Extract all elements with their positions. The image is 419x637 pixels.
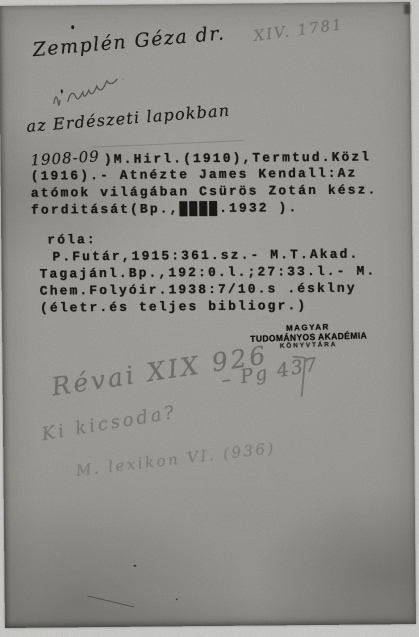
- scanned-page: Zemplén Géza dr. XIV. 1781 az Erdészeti …: [0, 0, 419, 637]
- typed-line: forditását(Bp.,████.1932 ).: [31, 198, 378, 218]
- pencil-underline: [92, 140, 244, 148]
- pencil-bracket: [289, 356, 307, 397]
- paper-speck: [71, 25, 74, 29]
- typed-bibliography-block: 1908-09)M.Hirl.(1910),Termtud.Közl (1916…: [30, 146, 377, 218]
- paper-speck: [133, 565, 136, 567]
- typed-references-block: róla: P.Futár,1915:361.sz.- M.T.Akad. Ta…: [39, 228, 376, 316]
- pencil-shelfmark: XIV. 1781: [252, 15, 344, 45]
- library-stamp: MAGYAR TUDOMÁNYOS AKADÉMIA KÖNYVTÁRA: [250, 321, 367, 351]
- handwritten-name-header: Zemplén Géza dr.: [32, 22, 226, 61]
- paper-scratch: [87, 595, 134, 607]
- pencil-lexikon-ref: M. lexikon VI. (936): [75, 439, 277, 480]
- pencil-ki-kicsoda: Ki kicsoda?: [40, 402, 178, 445]
- paper-speck: [61, 89, 63, 93]
- catalog-card: Zemplén Géza dr. XIV. 1781 az Erdészeti …: [0, 2, 416, 628]
- paper-speck: [176, 598, 178, 600]
- card-edge-nick: [404, 4, 410, 14]
- typed-line: (életr.és teljes bibliogr.): [40, 296, 377, 316]
